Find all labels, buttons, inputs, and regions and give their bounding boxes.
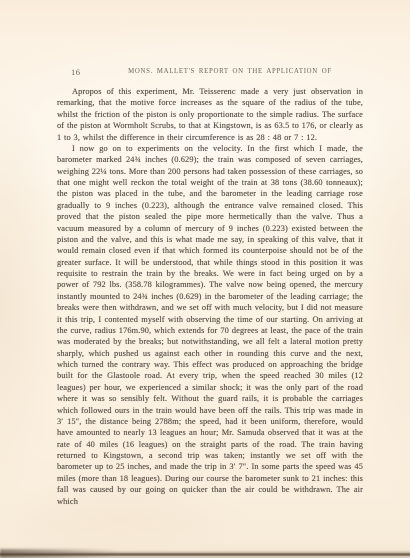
page-number: 16 xyxy=(71,67,81,77)
page-header: 16 MONS. MALLET'S REPORT ON THE APPLICAT… xyxy=(57,67,363,79)
paragraph-2: I now go on to experiments on the veloci… xyxy=(57,143,363,507)
scanned-book-page: 16 MONS. MALLET'S REPORT ON THE APPLICAT… xyxy=(0,0,410,558)
running-head: MONS. MALLET'S REPORT ON THE APPLICATION… xyxy=(97,68,363,75)
page-bottom-left-shadow xyxy=(0,549,120,558)
page-body: Apropos of this experiment, Mr. Teissere… xyxy=(57,86,363,507)
paragraph-1: Apropos of this experiment, Mr. Teissere… xyxy=(57,86,363,143)
